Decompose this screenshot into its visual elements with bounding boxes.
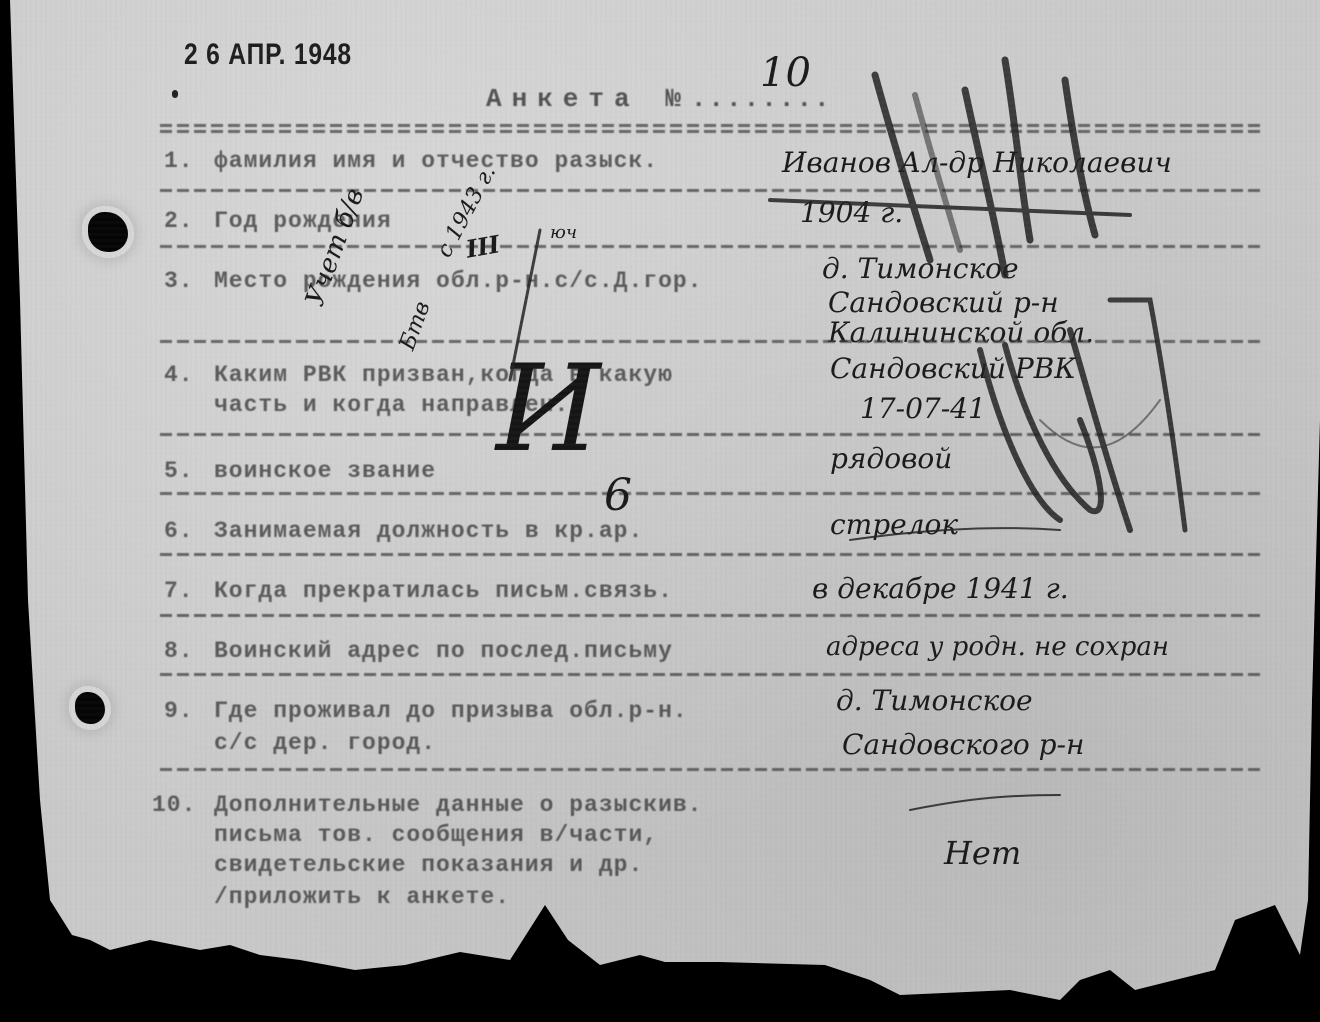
margin-note-short: юч [550,222,577,243]
field-9-label-line-2: с/с дер. город. [214,730,436,756]
field-8-answer: адреса у родн. не сохран [826,632,1169,662]
field-10-label-line-3: свидетельские показания и др. [214,852,643,878]
field-4-answer-line-2: 17-07-41 [860,392,986,425]
field-6-answer: стрелок [830,508,958,541]
field-3-answer-line-1: д. Тимонское [822,252,1019,285]
field-5-label: воинское звание [214,458,436,484]
field-10-answer: Нет [944,834,1021,872]
field-8-number: 8. [164,638,194,664]
field-7-label: Когда прекратилась письм.связь. [214,578,673,604]
scanned-paper-sheet: 2 6 АПР. 1948 Анкета №........ 10 1. фам… [0,0,1320,1022]
field-10-number: 10. [152,792,196,818]
field-7-answer: в декабре 1941 г. [812,572,1069,605]
field-4-label-line-1: Каким РВК призван,когда в какую [214,362,673,388]
field-2-label: Год рождения [214,208,392,234]
field-10-label-line-4: /приложить к анкете. [214,884,510,910]
questionnaire-number: 10 [760,50,811,96]
field-9-answer-line-1: д. Тимонское [836,684,1033,717]
letter-mark: И [496,340,601,479]
field-4-number: 4. [164,362,194,388]
divider [160,768,1260,771]
divider [160,614,1260,617]
field-3-answer-line-2: Сандовский р-н [828,286,1059,319]
divider [160,673,1260,676]
ink-dot [172,90,178,98]
field-9-number: 9. [164,698,194,724]
field-6-number: 6. [164,518,194,544]
divider [160,433,1260,436]
digit-mark: 6 [604,470,632,521]
margin-note-roman: III [464,229,502,263]
field-3-number: 3. [164,268,194,294]
field-1-label: фамилия имя и отчество разыск. [214,148,658,174]
field-2-number: 2. [164,208,194,234]
field-10-label-line-2: письма тов. сообщения в/части, [214,822,658,848]
field-3-label: Место рождения обл.р-н.с/с.Д.гор. [214,268,702,294]
field-9-answer-line-2: Сандовского р-н [842,728,1084,761]
field-3-answer-line-3: Калининской обл. [828,316,1094,349]
date-stamp: 2 6 АПР. 1948 [184,38,352,72]
field-1-answer: Иванов Ал-др Николаевич [782,146,1172,179]
field-6-label: Занимаемая должность в кр.ар. [214,518,643,544]
field-4-answer-line-1: Сандовский РВК [830,352,1076,385]
divider [160,492,1260,495]
field-8-label: Воинский адрес по послед.письму [214,638,673,664]
field-1-number: 1. [164,148,194,174]
field-10-label-line-1: Дополнительные данные о разыскив. [214,792,702,818]
field-2-answer: 1904 г. [800,196,903,229]
field-7-number: 7. [164,578,194,604]
torn-hole-upper [88,212,128,252]
title-text: Анкета № [486,84,691,114]
torn-hole-lower [75,692,105,724]
margin-note-btv: Бтв [395,298,436,353]
header-divider [160,124,1260,127]
divider [160,553,1260,556]
divider [160,189,1260,192]
divider [160,340,1260,343]
field-5-number: 5. [164,458,194,484]
field-5-answer: рядовой [830,442,952,475]
field-9-label-line-1: Где проживал до призыва обл.р-н. [214,698,688,724]
